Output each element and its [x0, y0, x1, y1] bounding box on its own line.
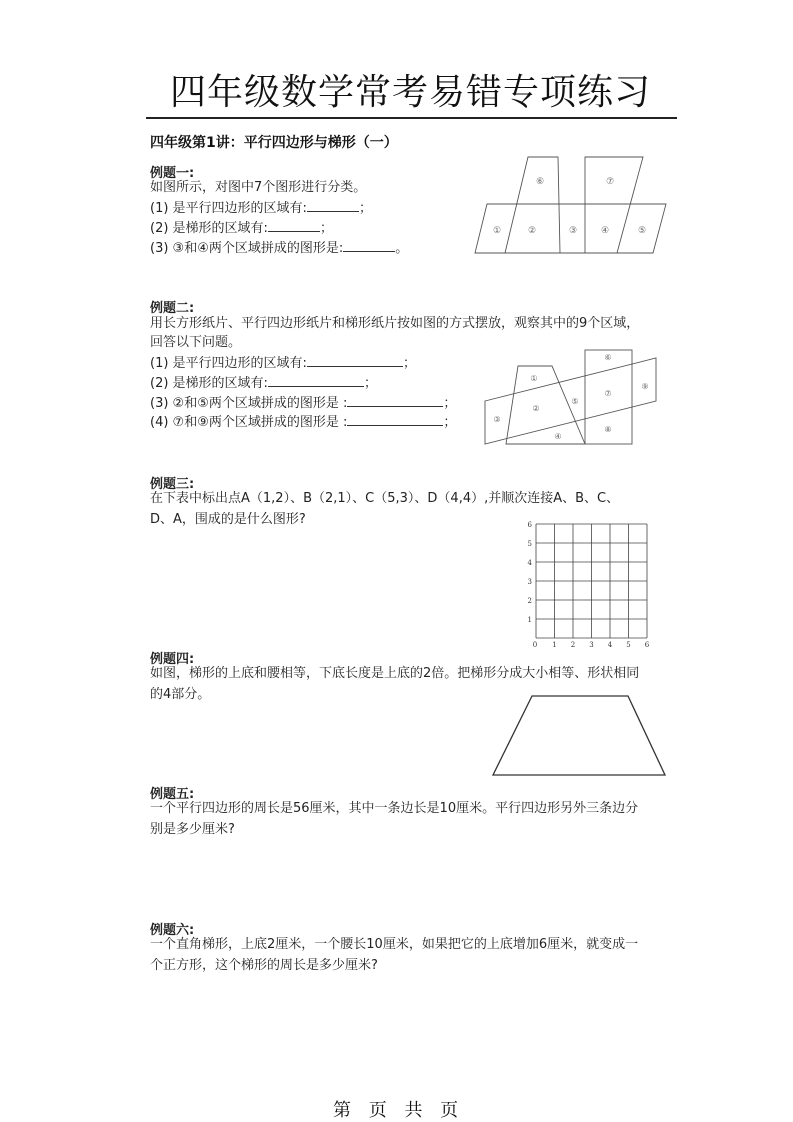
fig2-label-2: ② — [532, 404, 539, 413]
example-2-q4-end: ； — [443, 415, 456, 430]
grid-x-tick-5: 5 — [626, 641, 630, 649]
title-divider — [146, 117, 677, 119]
grid-y-tick-1: 1 — [528, 616, 532, 624]
grid-y-tick-4: 4 — [528, 559, 533, 567]
fig1-label-2: ② — [528, 226, 536, 236]
fig1-label-5: ⑤ — [638, 226, 646, 236]
grid-y-tick-5: 5 — [528, 540, 532, 548]
example-5-line-2: 别是多少厘米? — [150, 820, 235, 839]
example-2-q1-text: (1) 是平行四边形的区域有: — [150, 356, 307, 371]
fig2-label-3: ③ — [493, 415, 500, 424]
example-4-line-2: 的4部分。 — [150, 685, 210, 704]
example-2-q1: (1) 是平行四边形的区域有:； — [150, 354, 416, 373]
grid-x-tick-4: 4 — [608, 641, 613, 649]
grid-x-tick-3: 3 — [589, 641, 593, 649]
example-2-q3-text: (3) ②和⑤两个区域拼成的图形是 : — [150, 396, 347, 411]
example-1-q1-answer-blank[interactable] — [307, 199, 359, 212]
grid-x-tick-6: 6 — [645, 641, 650, 649]
example-2-q2-text: (2) 是梯形的区域有: — [150, 376, 268, 391]
fig1-label-6: ⑥ — [536, 177, 544, 187]
example-1-intro: 如图所示，对图中7个图形进行分类。 — [150, 178, 366, 197]
fig2-label-7: ⑦ — [604, 389, 611, 398]
grid-x-tick-2: 2 — [571, 641, 575, 649]
example-2-q1-end: ； — [403, 356, 416, 371]
example-2-q4-answer-blank[interactable] — [347, 413, 443, 426]
example-4-line-1: 如图，梯形的上底和腰相等，下底长度是上底的2倍。把梯形分成大小相等、形状相同 — [150, 664, 639, 683]
example-1-q2-answer-blank[interactable] — [268, 219, 320, 232]
grid-x-tick-1: 1 — [552, 641, 556, 649]
fig1-label-7: ⑦ — [606, 177, 614, 187]
fig2-label-8: ⑧ — [604, 425, 611, 434]
lecture-title: 四年级第1讲：平行四边形与梯形（一） — [150, 132, 398, 152]
example-2-intro-1: 用长方形纸片、平行四边形纸片和梯形纸片按如图的方式摆放，观察其中的9个区域， — [150, 314, 639, 333]
example-2-q1-answer-blank[interactable] — [307, 354, 403, 367]
fig2-label-1: ① — [530, 374, 537, 383]
example-3-line-2: D、A，围成的是什么图形? — [150, 510, 306, 529]
example-1-q3-end: 。 — [395, 241, 408, 256]
fig2-label-9: ⑨ — [641, 382, 648, 391]
example-3-line-1: 在下表中标出点A（1,2）、B（2,1）、C（5,3）、D（4,4）,并顺次连接… — [150, 489, 619, 508]
example-1-q2: (2) 是梯形的区域有:； — [150, 219, 333, 238]
example-5-line-1: 一个平行四边形的周长是56厘米，其中一条边长是10厘米。平行四边形另外三条边分 — [150, 799, 638, 818]
example-1-q3-answer-blank[interactable] — [343, 239, 395, 252]
fig1-label-1: ① — [493, 226, 501, 236]
example-1-q2-text: (2) 是梯形的区域有: — [150, 221, 268, 236]
fig2-label-6: ⑥ — [604, 353, 611, 362]
fig2-label-4: ④ — [554, 432, 561, 441]
example-2-q4-text: (4) ⑦和⑨两个区域拼成的图形是 : — [150, 415, 347, 430]
example-1-q3-text: (3) ③和④两个区域拼成的图形是: — [150, 241, 343, 256]
example-2-q4: (4) ⑦和⑨两个区域拼成的图形是 :； — [150, 413, 456, 432]
example-1-q3: (3) ③和④两个区域拼成的图形是:。 — [150, 239, 408, 258]
example-1-q1: (1) 是平行四边形的区域有:； — [150, 199, 372, 218]
grid-x-tick-0: 0 — [533, 641, 537, 649]
example-2-q3-answer-blank[interactable] — [347, 394, 443, 407]
page-title: 四年级数学常考易错专项练习 — [170, 64, 651, 115]
example-2-q2-end: ； — [364, 376, 377, 391]
page-footer: 第 页 共 页 — [333, 1096, 464, 1122]
fig1-label-3: ③ — [569, 226, 577, 236]
example-6-line-2: 个正方形，这个梯形的周长是多少厘米? — [150, 956, 378, 975]
example-1-q2-end: ； — [320, 221, 333, 236]
example-2-q2-answer-blank[interactable] — [268, 374, 364, 387]
example-2-q2: (2) 是梯形的区域有:； — [150, 374, 377, 393]
grid-y-tick-3: 3 — [528, 578, 532, 586]
grid-y-tick-2: 2 — [528, 597, 532, 605]
fig2-label-5: ⑤ — [571, 397, 578, 406]
example-1-q1-end: ； — [359, 201, 372, 216]
fig1-label-4: ④ — [601, 226, 609, 236]
example-6-line-1: 一个直角梯形，上底2厘米，一个腰长10厘米，如果把它的上底增加6厘米，就变成一 — [150, 935, 638, 954]
example-1-q1-text: (1) 是平行四边形的区域有: — [150, 201, 307, 216]
example-2-q3: (3) ②和⑤两个区域拼成的图形是 :； — [150, 394, 456, 413]
example-2-intro-2: 回答以下问题。 — [150, 333, 241, 352]
example-2-q3-end: ； — [443, 396, 456, 411]
grid-y-tick-6: 6 — [528, 521, 533, 529]
